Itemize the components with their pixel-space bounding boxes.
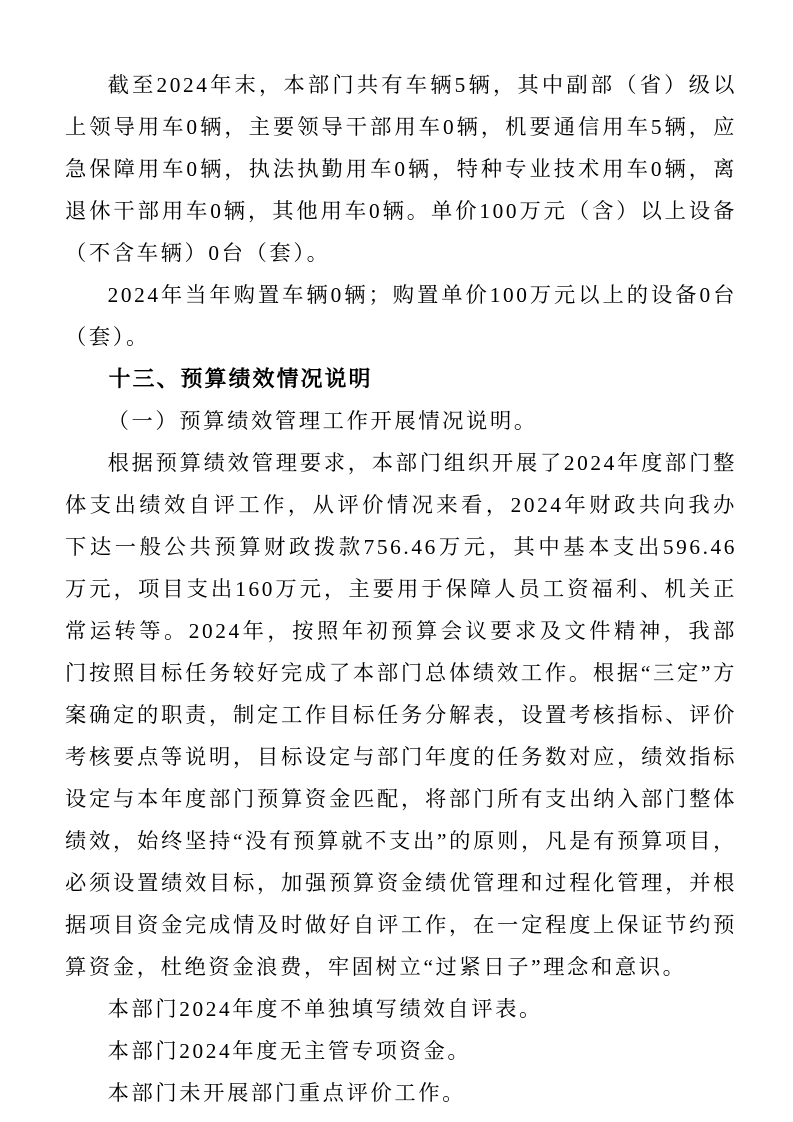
section-heading-budget-performance: 十三、预算绩效情况说明 [65, 358, 737, 400]
paragraph-subsection-title: （一）预算绩效管理工作开展情况说明。 [65, 400, 737, 442]
paragraph-no-separate-self-eval-table: 本部门2024年度不单独填写绩效自评表。 [65, 988, 737, 1030]
paragraph-performance-management-detail: 根据预算绩效管理要求，本部门组织开展了2024年度部门整体支出绩效自评工作，从评… [65, 442, 737, 988]
paragraph-vehicles-summary: 截至2024年末，本部门共有车辆5辆，其中副部（省）级以上领导用车0辆，主要领导… [65, 64, 737, 274]
paragraph-no-key-evaluation: 本部门未开展部门重点评价工作。 [65, 1072, 737, 1114]
document-page: 截至2024年末，本部门共有车辆5辆，其中副部（省）级以上领导用车0辆，主要领导… [0, 0, 793, 1122]
paragraph-no-special-funds: 本部门2024年度无主管专项资金。 [65, 1030, 737, 1072]
paragraph-vehicle-purchases: 2024年当年购置车辆0辆；购置单价100万元以上的设备0台（套）。 [65, 274, 737, 358]
